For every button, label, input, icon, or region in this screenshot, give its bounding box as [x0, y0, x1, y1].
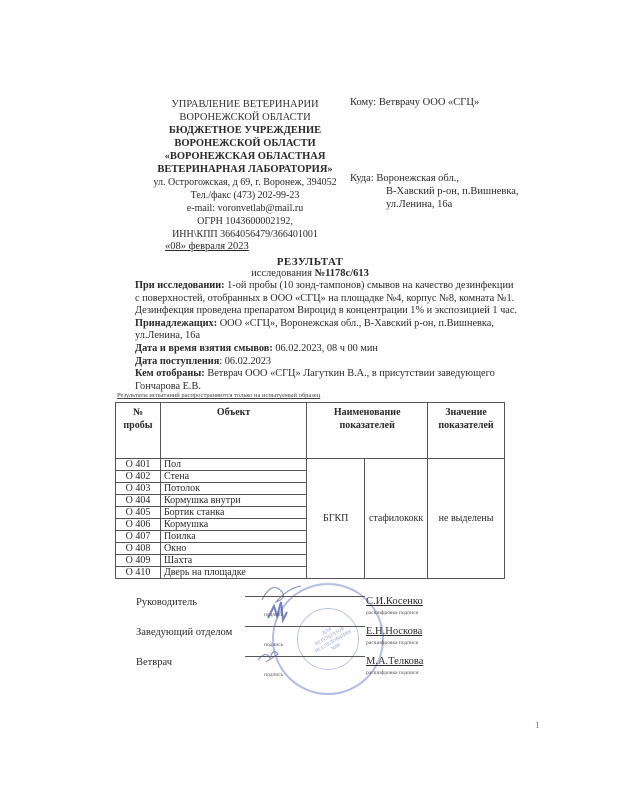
- page-number: 1: [535, 720, 540, 730]
- handwritten-signatures: [0, 0, 618, 800]
